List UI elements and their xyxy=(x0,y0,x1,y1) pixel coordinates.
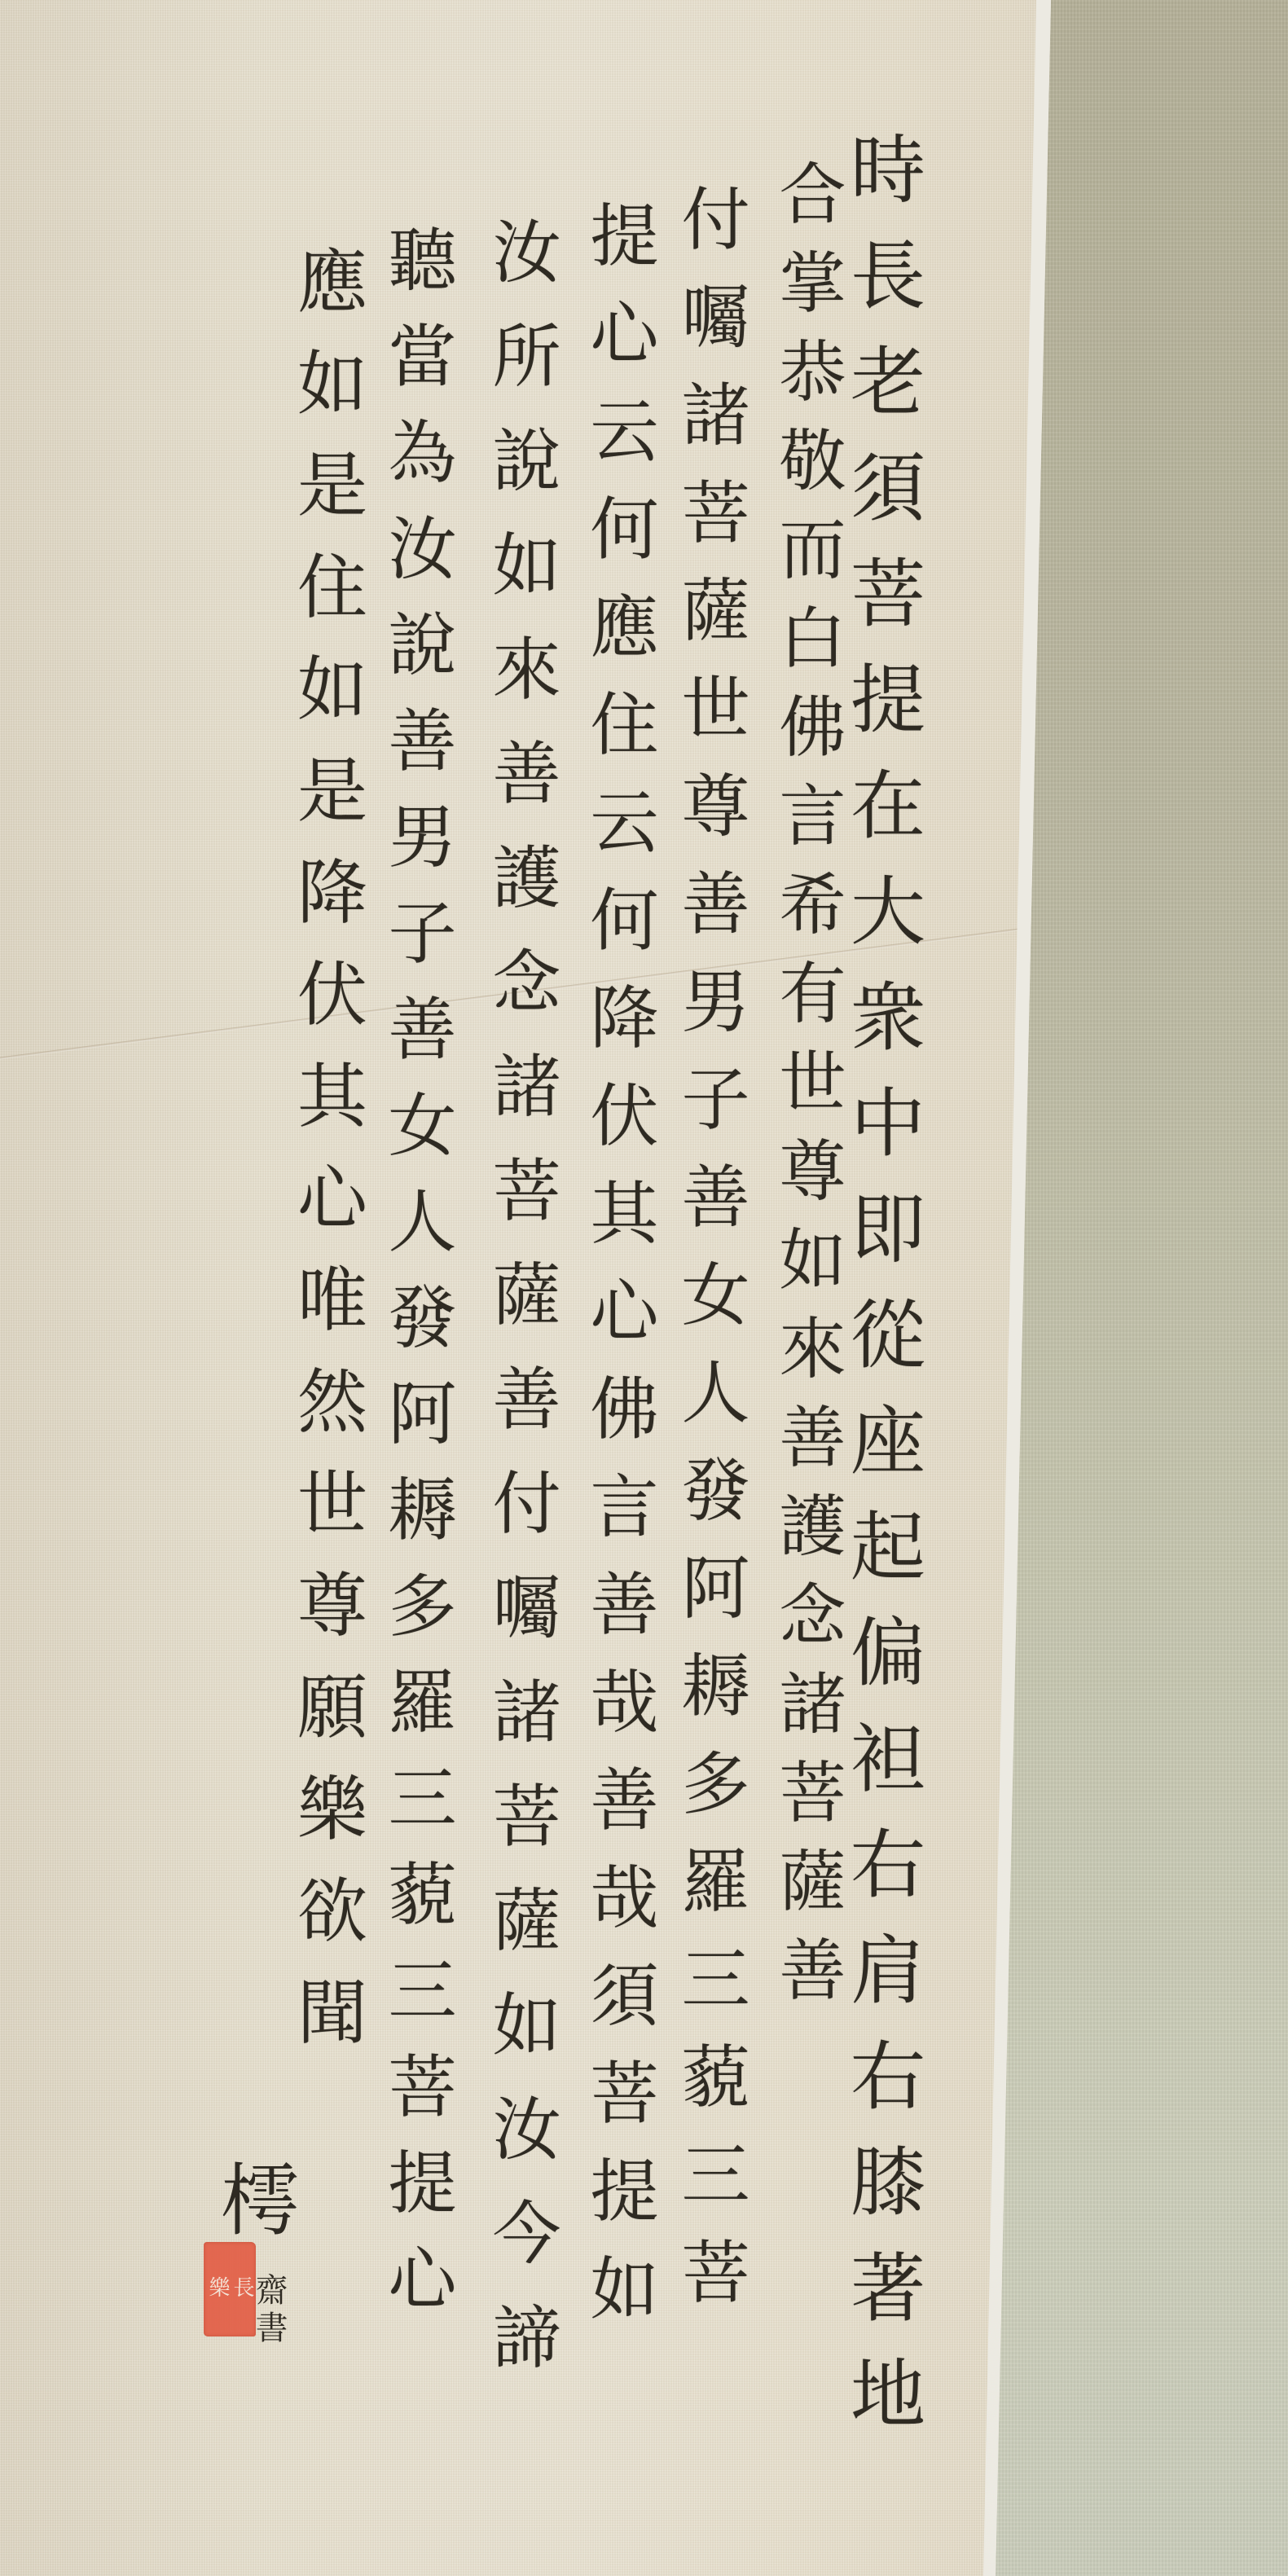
text-column-6: 聽當為汝說善男子善女人發阿耨多羅三藐三菩提心 xyxy=(378,224,456,2339)
text-column-4: 提心云何應住云何降伏其心佛言善哉善哉須菩提如 xyxy=(580,200,658,2350)
text-column-1: 時長老須菩提在大衆中即從座起偏袒右肩右膝著地 xyxy=(841,130,922,2460)
seal-char-left: 樂 xyxy=(206,2276,229,2302)
text-column-2: 合掌恭敬而白佛言希有世尊如來善護念諸菩薩善 xyxy=(767,159,846,2024)
red-seal: 長 樂 xyxy=(204,2242,256,2336)
signature-suffix: 齋書 xyxy=(251,2273,287,2348)
calligraphy-paper: 時長老須菩提在大衆中即從座起偏袒右肩右膝著地 合掌恭敬而白佛言希有世尊如來善護念… xyxy=(0,0,1059,2576)
text-column-3: 付囑諸菩薩世尊善男子善女人發阿耨多羅三藐三菩 xyxy=(671,183,750,2334)
text-column-5: 汝所說如來善護念諸菩薩善付囑諸菩薩如汝今諦 xyxy=(482,216,560,2406)
text-column-7: 應如是住如是降伏其心唯然世尊願樂欲聞 xyxy=(287,244,365,2077)
signature: 樗 xyxy=(213,2159,295,2237)
seal-char-right: 長 xyxy=(231,2276,253,2302)
scroll: 時長老須菩提在大衆中即從座起偏袒右肩右膝著地 合掌恭敬而白佛言希有世尊如來善護念… xyxy=(0,0,1059,2576)
